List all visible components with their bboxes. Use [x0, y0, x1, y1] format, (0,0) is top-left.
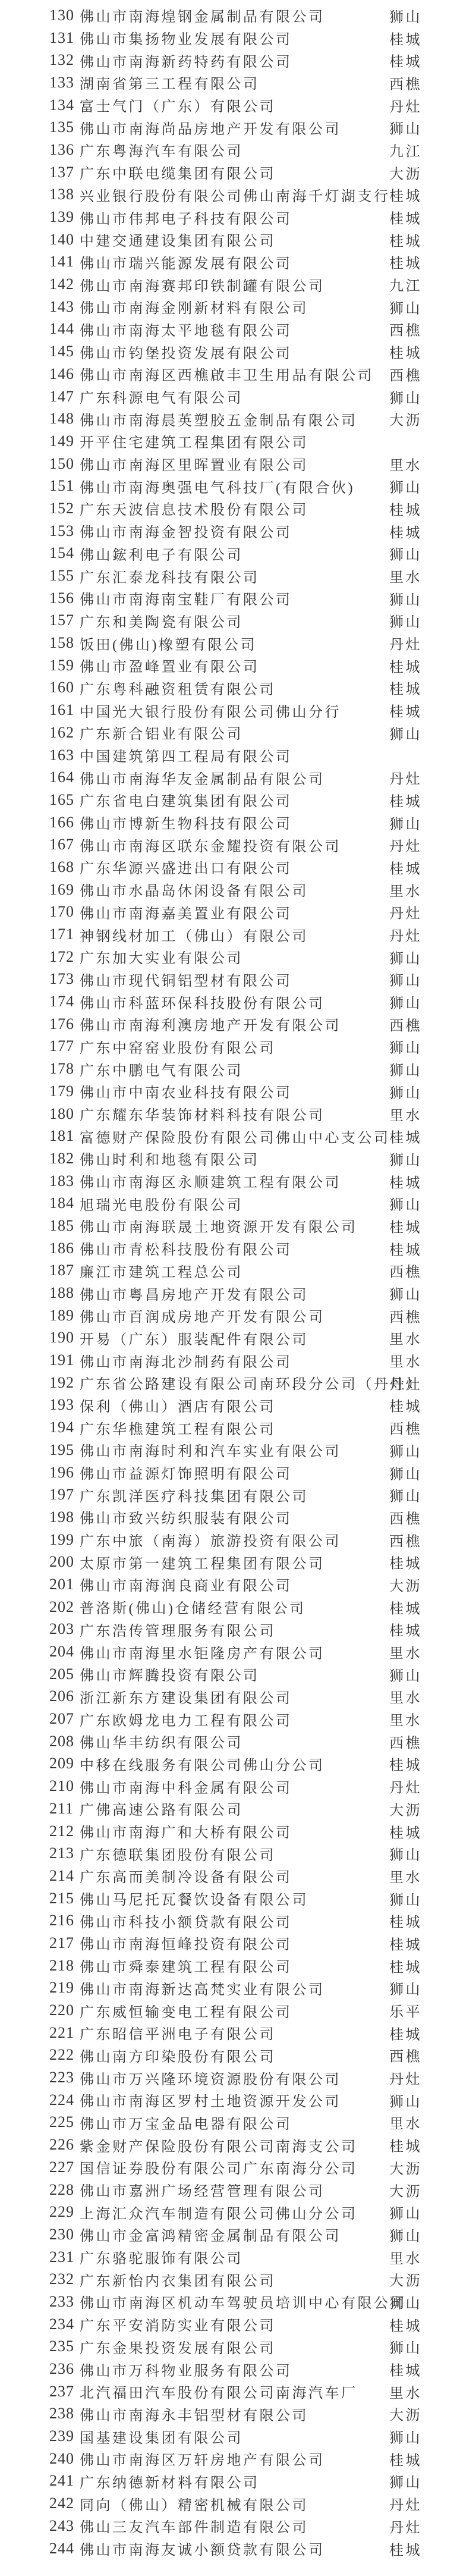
- town-label: 桂城: [389, 655, 422, 676]
- list-item: 228佛山市嘉洲广场经营管理有限公司大沥: [0, 2179, 460, 2201]
- row-number: 212: [49, 1822, 80, 1840]
- row-number: 168: [49, 858, 80, 876]
- town-label: 西樵: [389, 2045, 422, 2066]
- town-label: 西樵: [389, 1305, 422, 1326]
- company-name: 广东金果投资发展有限公司: [80, 2336, 276, 2357]
- town-label: 狮山: [389, 476, 422, 497]
- row-number: 205: [49, 1665, 80, 1683]
- list-item: 160广东粤科融资租赁有限公司桂城: [0, 677, 460, 699]
- list-item: 201佛山市南海润良商业有限公司大沥: [0, 1573, 460, 1596]
- company-name: 佛山市盈峰置业有限公司: [80, 655, 260, 676]
- town-label: 里水: [389, 1686, 422, 1707]
- town-label: 狮山: [389, 812, 422, 833]
- company-name: 佛山市南海煌钢金属制品有限公司: [80, 5, 325, 26]
- list-item: 144佛山市南海太平地毯有限公司西樵: [0, 318, 460, 341]
- row-number: 215: [49, 1890, 80, 1907]
- row-number: 145: [49, 343, 80, 360]
- row-number: 207: [49, 1710, 80, 1728]
- list-item: 153佛山市南海金智投资有限公司桂城: [0, 520, 460, 542]
- company-name: 佛山市南海金智投资有限公司: [80, 520, 292, 541]
- list-item: 219佛山市南海新达高梵实业有限公司狮山: [0, 1977, 460, 2000]
- town-label: 狮山: [389, 588, 422, 608]
- list-item: 180广东耀东华装饰材料科技有限公司里水: [0, 1103, 460, 1125]
- company-name: 佛山市南海利澳房地产开发有限公司: [80, 1014, 341, 1034]
- company-name: 浙江新东方建设集团有限公司: [80, 1686, 292, 1707]
- row-number: 208: [49, 1733, 80, 1750]
- list-item: 161中国光大银行股份有限公司佛山分行桂城: [0, 699, 460, 721]
- town-label: 丹灶: [389, 2067, 422, 2088]
- town-label: 桂城: [389, 1910, 422, 1931]
- list-item: 177广东中窑窑业股份有限公司狮山: [0, 1036, 460, 1058]
- town-label: 桂城: [389, 252, 422, 272]
- row-number: 196: [49, 1464, 80, 1482]
- town-label: 桂城: [389, 1215, 422, 1236]
- company-name: 佛山市现代铜铝型材有限公司: [80, 969, 292, 990]
- town-label: 里水: [389, 2112, 422, 2133]
- row-number: 130: [49, 7, 80, 24]
- company-name: 兴业银行股份有限公司佛山南海千灯湖支行: [80, 184, 390, 205]
- list-item: 151佛山市南海奥强电气科技厂(有限合伙)狮山: [0, 475, 460, 497]
- town-label: 大沥: [389, 1574, 422, 1595]
- company-name: 佛山市南海南宝鞋厂有限公司: [80, 588, 292, 608]
- row-number: 198: [49, 1508, 80, 1526]
- list-item: 141佛山市瑞兴能源发展有限公司桂城: [0, 251, 460, 274]
- company-name: 佛山市南海太平地毯有限公司: [80, 319, 292, 340]
- row-number: 222: [49, 2046, 80, 2064]
- company-name: 广东加大实业有限公司: [80, 946, 243, 967]
- row-number: 186: [49, 1240, 80, 1257]
- list-item: 242同向（佛山）精密机械有限公司丹灶: [0, 2492, 460, 2515]
- row-number: 239: [49, 2427, 80, 2445]
- list-item: 199广东中旅（南海）旅游投资有限公司西樵: [0, 1529, 460, 1551]
- company-name: 广东高而美制冷设备有限公司: [80, 1865, 292, 1886]
- list-item: 229上海汇众汽车制造有限公司佛山分公司狮山: [0, 2201, 460, 2223]
- company-name: 佛山市南海中科金属有限公司: [80, 1776, 292, 1797]
- list-item: 239国基建设集团有限公司狮山: [0, 2425, 460, 2448]
- company-name: 廉江市建筑工程总公司: [80, 1260, 243, 1281]
- town-label: 大沥: [389, 162, 422, 183]
- company-name: 佛山三友汽车部件制造有限公司: [80, 2515, 308, 2536]
- company-name: 保利（佛山）酒店有限公司: [80, 1395, 276, 1416]
- row-number: 231: [49, 2248, 80, 2266]
- company-name: 广东新怡内衣集团有限公司: [80, 2269, 276, 2290]
- list-item: 130佛山市南海煌钢金属制品有限公司狮山: [0, 4, 460, 27]
- company-name: 广东科源电气有限公司: [80, 386, 243, 407]
- list-item: 165广东省电白建筑集团有限公司桂城: [0, 789, 460, 811]
- list-item: 133湖南省第三工程有限公司西樵: [0, 71, 460, 94]
- row-number: 228: [49, 2181, 80, 2199]
- list-item: 156佛山市南海南宝鞋厂有限公司狮山: [0, 587, 460, 610]
- row-number: 226: [49, 2136, 80, 2154]
- list-item: 235广东金果投资发展有限公司狮山: [0, 2336, 460, 2358]
- town-label: 乐平: [389, 2000, 422, 2021]
- company-name: 广东欧姆龙电力工程有限公司: [80, 1709, 292, 1730]
- town-label: 狮山: [389, 2471, 422, 2492]
- list-item: 169佛山市水晶岛休闲设备有限公司里水: [0, 878, 460, 901]
- town-label: 大沥: [389, 2269, 422, 2290]
- town-label: 丹灶: [389, 633, 422, 654]
- row-number: 169: [49, 881, 80, 899]
- company-name: 广东天波信息技术股份有限公司: [80, 498, 308, 519]
- company-name: 佛山鋐利电子有限公司: [80, 543, 243, 564]
- company-name: 佛山市南海区里晖置业有限公司: [80, 453, 308, 474]
- row-number: 229: [49, 2203, 80, 2221]
- company-name: 佛山市南海新药特药有限公司: [80, 50, 292, 71]
- company-name: 佛山市集扬物业发展有限公司: [80, 27, 292, 48]
- company-name: 佛山市百润成房地产开发有限公司: [80, 1305, 325, 1326]
- list-item: 171神钢线材加工（佛山）有限公司丹灶: [0, 923, 460, 946]
- list-item: 136广东粤海汽车有限公司九江: [0, 139, 460, 161]
- company-name: 佛山市南海奥强电气科技厂(有限合伙): [80, 476, 355, 497]
- company-name: 广东华樵建筑工程有限公司: [80, 1417, 276, 1438]
- row-number: 221: [49, 2024, 80, 2042]
- row-number: 232: [49, 2270, 80, 2288]
- company-name: 中国建筑第四工程局有限公司: [80, 745, 292, 765]
- list-item: 213广东德联集团股份有限公司狮山: [0, 1842, 460, 1865]
- list-item: 158饭田(佛山)橡塑有限公司丹灶: [0, 632, 460, 654]
- list-item: 186佛山市青松科技股份有限公司桂城: [0, 1237, 460, 1260]
- row-number: 156: [49, 589, 80, 607]
- company-name: 上海汇众汽车制造有限公司佛山分公司: [80, 2202, 358, 2223]
- company-name: 佛山市南海时利和汽车实业有限公司: [80, 1439, 341, 1460]
- scanned-company-list-page: 130佛山市南海煌钢金属制品有限公司狮山131佛山市集扬物业发展有限公司桂城13…: [0, 0, 460, 2559]
- company-name: 广东凯洋医疗科技集团有限公司: [80, 1485, 308, 1505]
- town-label: 西樵: [389, 319, 422, 340]
- town-label: 丹灶: [389, 924, 422, 945]
- list-item: 215佛山马尼托瓦餐饮设备有限公司狮山: [0, 1887, 460, 1910]
- company-name: 太原市第一建筑工程集团有限公司: [80, 1552, 325, 1573]
- row-number: 139: [49, 208, 80, 226]
- company-name: 佛山市博新生物科技有限公司: [80, 812, 292, 833]
- company-name: 佛山市南海新达高梵实业有限公司: [80, 1978, 325, 1998]
- company-name: 广东中鹏电气有限公司: [80, 1059, 243, 1080]
- list-item: 132佛山市南海新药特药有限公司桂城: [0, 49, 460, 71]
- list-item: 197广东凯洋医疗科技集团有限公司狮山: [0, 1483, 460, 1506]
- list-item: 182佛山时利和地毯有限公司狮山: [0, 1147, 460, 1170]
- company-name: 北汽福田汽车股份有限公司南海汽车厂: [80, 2381, 358, 2402]
- town-label: 丹灶: [389, 1776, 422, 1797]
- list-item: 206浙江新东方建设集团有限公司里水: [0, 1686, 460, 1708]
- row-number: 153: [49, 522, 80, 540]
- row-number: 162: [49, 724, 80, 742]
- company-name: 佛山市科蓝环保科技股份有限公司: [80, 992, 325, 1012]
- company-name: 广东中旅（南海）旅游投资有限公司: [80, 1529, 341, 1550]
- row-number: 227: [49, 2158, 80, 2176]
- company-name: 富士气门（广东）有限公司: [80, 95, 276, 115]
- list-item: 231广东骆驼服饰有限公司里水: [0, 2246, 460, 2268]
- row-number: 148: [49, 410, 80, 428]
- row-number: 184: [49, 1194, 80, 1212]
- row-number: 220: [49, 2001, 80, 2019]
- town-label: 狮山: [389, 969, 422, 990]
- company-name: 佛山市中南农业科技有限公司: [80, 1081, 292, 1102]
- company-name: 同向（佛山）精密机械有限公司: [80, 2493, 308, 2514]
- row-number: 132: [49, 51, 80, 69]
- town-label: 狮山: [389, 722, 422, 743]
- town-label: 狮山: [389, 1843, 422, 1864]
- town-label: 桂城: [389, 2359, 422, 2380]
- town-label: 狮山: [389, 1148, 422, 1169]
- town-label: 桂城: [389, 184, 422, 205]
- town-label: 桂城: [389, 207, 422, 228]
- list-item: 196佛山市益源灯饰照明有限公司狮山: [0, 1461, 460, 1484]
- company-name: 佛山华丰纺织有限公司: [80, 1731, 243, 1752]
- row-number: 241: [49, 2472, 80, 2490]
- row-number: 194: [49, 1419, 80, 1436]
- row-number: 142: [49, 275, 80, 293]
- town-label: 狮山: [389, 992, 422, 1012]
- row-number: 135: [49, 118, 80, 136]
- town-label: 里水: [389, 1865, 422, 1886]
- town-label: 桂城: [389, 1753, 422, 1774]
- company-name: 佛山市科技小额贷款有限公司: [80, 1910, 292, 1931]
- company-name: 富德财产保险股份有限公司佛山中心支公司: [80, 1126, 390, 1147]
- list-item: 138兴业银行股份有限公司佛山南海千灯湖支行桂城: [0, 184, 460, 206]
- town-label: 丹灶: [389, 95, 422, 115]
- company-name: 佛山市南海金刚新材料有限公司: [80, 296, 308, 317]
- row-number: 233: [49, 2293, 80, 2311]
- town-label: 大沥: [389, 2157, 422, 2177]
- company-name: 佛山市南海华友金属制品有限公司: [80, 767, 325, 788]
- town-label: 桂城: [389, 2022, 422, 2043]
- company-name: 佛山市青松科技股份有限公司: [80, 1238, 292, 1259]
- row-number: 170: [49, 903, 80, 921]
- town-label: 狮山: [389, 2336, 422, 2357]
- row-number: 143: [49, 298, 80, 316]
- town-label: 里水: [389, 1350, 422, 1371]
- row-number: 234: [49, 2315, 80, 2333]
- company-name: 佛山市粤昌房地产开发有限公司: [80, 1283, 308, 1304]
- company-name: 中国光大银行股份有限公司佛山分行: [80, 700, 341, 721]
- company-name: 佛山市南海尚品房地产开发有限公司: [80, 117, 341, 138]
- company-name: 旭瑞光电股份有限公司: [80, 1193, 243, 1214]
- list-item: 143佛山市南海金刚新材料有限公司狮山: [0, 296, 460, 318]
- town-label: 桂城: [389, 229, 422, 250]
- row-number: 237: [49, 2383, 80, 2401]
- town-label: 西樵: [389, 1507, 422, 1527]
- company-name: 佛山市南海区联东金耀投资有限公司: [80, 834, 341, 855]
- company-name: 佛山市万宝金品电器有限公司: [80, 2112, 292, 2133]
- row-number: 167: [49, 836, 80, 854]
- row-number: 193: [49, 1396, 80, 1414]
- row-number: 206: [49, 1687, 80, 1705]
- town-label: 桂城: [389, 856, 422, 877]
- list-item: 234广东平安消防实业有限公司桂城: [0, 2313, 460, 2336]
- list-item: 187廉江市建筑工程总公司西樵: [0, 1260, 460, 1282]
- list-item: 166佛山市博新生物科技有限公司狮山: [0, 811, 460, 834]
- town-label: 桂城: [389, 2135, 422, 2155]
- row-number: 159: [49, 657, 80, 674]
- row-number: 213: [49, 1844, 80, 1862]
- row-number: 219: [49, 1979, 80, 1997]
- company-name: 饭田(佛山)橡塑有限公司: [80, 633, 257, 654]
- list-item: 220广东威恒输变电工程有限公司乐平: [0, 1999, 460, 2022]
- list-item: 227国信证券股份有限公司广东南海分公司大沥: [0, 2156, 460, 2179]
- company-name: 广东华源兴盛进出口有限公司: [80, 856, 292, 877]
- town-label: 里水: [389, 879, 422, 900]
- company-name: 佛山市南海联晟土地资源开发有限公司: [80, 1215, 358, 1236]
- town-label: 丹灶: [389, 1372, 422, 1393]
- town-label: 西樵: [389, 1529, 422, 1550]
- list-item: 135佛山市南海尚品房地产开发有限公司狮山: [0, 116, 460, 139]
- list-item: 210佛山市南海中科金属有限公司丹灶: [0, 1775, 460, 1797]
- list-item: 173佛山市现代铜铝型材有限公司狮山: [0, 968, 460, 991]
- row-number: 134: [49, 96, 80, 114]
- row-number: 214: [49, 1867, 80, 1885]
- town-label: 丹灶: [389, 834, 422, 855]
- town-label: 里水: [389, 1709, 422, 1730]
- company-name: 佛山市辉腾投资有限公司: [80, 1664, 260, 1684]
- town-label: 桂城: [389, 789, 422, 810]
- company-name: 佛山市南海永丰铝型材有限公司: [80, 2404, 308, 2424]
- list-item: 176佛山市南海利澳房地产开发有限公司西樵: [0, 1013, 460, 1036]
- list-item: 208佛山华丰纺织有限公司西樵: [0, 1730, 460, 1753]
- company-name: 佛山市南海晨英塑胶五金制品有限公司: [80, 409, 358, 429]
- list-item: 230佛山市金富鸿精密金属制品有限公司狮山: [0, 2223, 460, 2246]
- company-name: 紫金财产保险股份有限公司南海支公司: [80, 2135, 358, 2155]
- company-name: 广东和美陶瓷有限公司: [80, 610, 243, 631]
- company-name: 佛山市南海广和大桥有限公司: [80, 1821, 292, 1841]
- town-label: 西樵: [389, 363, 422, 384]
- row-number: 163: [49, 746, 80, 764]
- list-item: 191佛山市南海北沙制药有限公司里水: [0, 1349, 460, 1372]
- list-item: 162广东新合铝业有限公司狮山: [0, 721, 460, 744]
- row-number: 235: [49, 2337, 80, 2355]
- list-item: 223佛山市万兴隆环境资源股份有限公司丹灶: [0, 2066, 460, 2089]
- list-item: 148佛山市南海晨英塑胶五金制品有限公司大沥: [0, 407, 460, 430]
- company-name: 佛山市万科物业服务有限公司: [80, 2359, 292, 2380]
- row-number: 201: [49, 1576, 80, 1593]
- row-number: 146: [49, 365, 80, 383]
- town-label: 大沥: [389, 409, 422, 429]
- town-label: 桂城: [389, 50, 422, 71]
- row-number: 176: [49, 1015, 80, 1033]
- list-item: 145佛山市钧堡投资发展有限公司桂城: [0, 340, 460, 363]
- town-label: 狮山: [389, 1193, 422, 1214]
- list-item: 179佛山市中南农业科技有限公司狮山: [0, 1080, 460, 1103]
- list-item: 237北汽福田汽车股份有限公司南海汽车厂里水: [0, 2380, 460, 2403]
- company-name: 广东中联电缆集团有限公司: [80, 162, 276, 183]
- row-number: 230: [49, 2226, 80, 2244]
- company-name: 佛山市嘉洲广场经营管理有限公司: [80, 2179, 325, 2200]
- town-label: 狮山: [389, 2291, 422, 2312]
- town-label: 桂城: [389, 1395, 422, 1416]
- company-name: 佛山市致兴纺织服装有限公司: [80, 1507, 292, 1527]
- company-name: 广东省公路建设有限公司南环段分公司（丹灶）: [80, 1372, 423, 1393]
- town-label: 大沥: [389, 2179, 422, 2200]
- row-number: 140: [49, 231, 80, 249]
- row-number: 152: [49, 500, 80, 517]
- row-number: 173: [49, 970, 80, 988]
- list-item: 170佛山市南海嘉美置业有限公司丹灶: [0, 901, 460, 924]
- row-number: 238: [49, 2405, 80, 2423]
- row-number: 165: [49, 791, 80, 809]
- row-number: 158: [49, 634, 80, 652]
- list-item: 202普洛斯(佛山)仓储经营有限公司桂城: [0, 1596, 460, 1618]
- town-label: 桂城: [389, 341, 422, 362]
- town-label: 狮山: [389, 610, 422, 631]
- list-item: 244佛山市南海友诚小额贷款有限公司桂城: [0, 2537, 460, 2560]
- company-name: 中移在线服务有限公司佛山分公司: [80, 1753, 325, 1774]
- row-number: 209: [49, 1755, 80, 1772]
- row-number: 179: [49, 1083, 80, 1100]
- row-number: 216: [49, 1912, 80, 1929]
- list-item: 240佛山市南海区万轩房地产有限公司桂城: [0, 2448, 460, 2470]
- row-number: 174: [49, 993, 80, 1011]
- row-number: 166: [49, 814, 80, 832]
- list-item: 134富士气门（广东）有限公司丹灶: [0, 94, 460, 117]
- row-number: 190: [49, 1329, 80, 1347]
- list-item: 167佛山市南海区联东金耀投资有限公司丹灶: [0, 833, 460, 856]
- town-label: 里水: [389, 1328, 422, 1348]
- company-name: 开易（广东）服装配件有限公司: [80, 1328, 308, 1348]
- list-item: 174佛山市科蓝环保科技股份有限公司狮山: [0, 990, 460, 1013]
- town-label: 狮山: [389, 296, 422, 317]
- company-name: 广东新合铝业有限公司: [80, 722, 243, 743]
- list-item: 168广东华源兴盛进出口有限公司桂城: [0, 856, 460, 878]
- company-name: 广东骆驼服饰有限公司: [80, 2246, 243, 2267]
- company-name: 佛山市南海里水钜隆房产有限公司: [80, 1642, 325, 1662]
- company-name: 佛山市金富鸿精密金属制品有限公司: [80, 2224, 341, 2245]
- list-item: 149开平住宅建筑工程集团有限公司: [0, 430, 460, 453]
- town-label: 狮山: [389, 386, 422, 407]
- list-item: 140中建交通建设集团有限公司桂城: [0, 228, 460, 251]
- list-item: 217佛山市南海恒峰投资有限公司桂城: [0, 1932, 460, 1954]
- row-number: 147: [49, 388, 80, 406]
- row-number: 161: [49, 701, 80, 719]
- town-label: 大沥: [389, 2404, 422, 2424]
- list-item: 152广东天波信息技术股份有限公司桂城: [0, 497, 460, 520]
- row-number: 178: [49, 1060, 80, 1078]
- list-item: 236佛山市万科物业服务有限公司桂城: [0, 2358, 460, 2380]
- list-item: 200太原市第一建筑工程集团有限公司桂城: [0, 1551, 460, 1573]
- list-item: 194广东华樵建筑工程有限公司西樵: [0, 1416, 460, 1439]
- town-label: 桂城: [389, 1552, 422, 1573]
- list-item: 157广东和美陶瓷有限公司狮山: [0, 610, 460, 632]
- list-item: 131佛山市集扬物业发展有限公司桂城: [0, 27, 460, 49]
- list-item: 147广东科源电气有限公司狮山: [0, 385, 460, 408]
- town-label: 狮山: [389, 1283, 422, 1304]
- row-number: 243: [49, 2517, 80, 2535]
- list-item: 163中国建筑第四工程局有限公司: [0, 744, 460, 767]
- list-item: 226紫金财产保险股份有限公司南海支公司桂城: [0, 2133, 460, 2156]
- town-label: 大沥: [389, 1798, 422, 1819]
- town-label: 里水: [389, 566, 422, 586]
- list-item: 159佛山市盈峰置业有限公司桂城: [0, 654, 460, 677]
- town-label: 桂城: [389, 2314, 422, 2335]
- company-name: 佛山市南海区西樵啟丰卫生用品有限公司: [80, 363, 374, 384]
- list-item: 164佛山市南海华友金属制品有限公司丹灶: [0, 766, 460, 789]
- company-name: 广东纳德新材料有限公司: [80, 2471, 260, 2492]
- town-label: 桂城: [389, 1238, 422, 1259]
- company-name: 广东粤海汽车有限公司: [80, 139, 243, 160]
- list-item: 142佛山市南海赛邦印铁制罐有限公司九江: [0, 273, 460, 296]
- company-name: 国信证券股份有限公司广东南海分公司: [80, 2157, 358, 2177]
- company-name: 广东德联集团股份有限公司: [80, 1843, 276, 1864]
- town-label: 桂城: [389, 1932, 422, 1953]
- town-label: 桂城: [389, 1171, 422, 1191]
- row-number: 197: [49, 1486, 80, 1504]
- company-name: 佛山市南海区机动车驾驶员培训中心有限公司: [80, 2291, 407, 2312]
- town-label: 里水: [389, 2381, 422, 2402]
- town-label: 狮山: [389, 117, 422, 138]
- row-number: 151: [49, 477, 80, 495]
- list-item: 233佛山市南海区机动车驾驶员培训中心有限公司狮山: [0, 2291, 460, 2313]
- company-name: 广东中窑窑业股份有限公司: [80, 1036, 276, 1057]
- company-name: 佛山市南海润良商业有限公司: [80, 1574, 292, 1595]
- company-name: 普洛斯(佛山)仓储经营有限公司: [80, 1596, 305, 1617]
- town-label: 狮山: [389, 2089, 422, 2110]
